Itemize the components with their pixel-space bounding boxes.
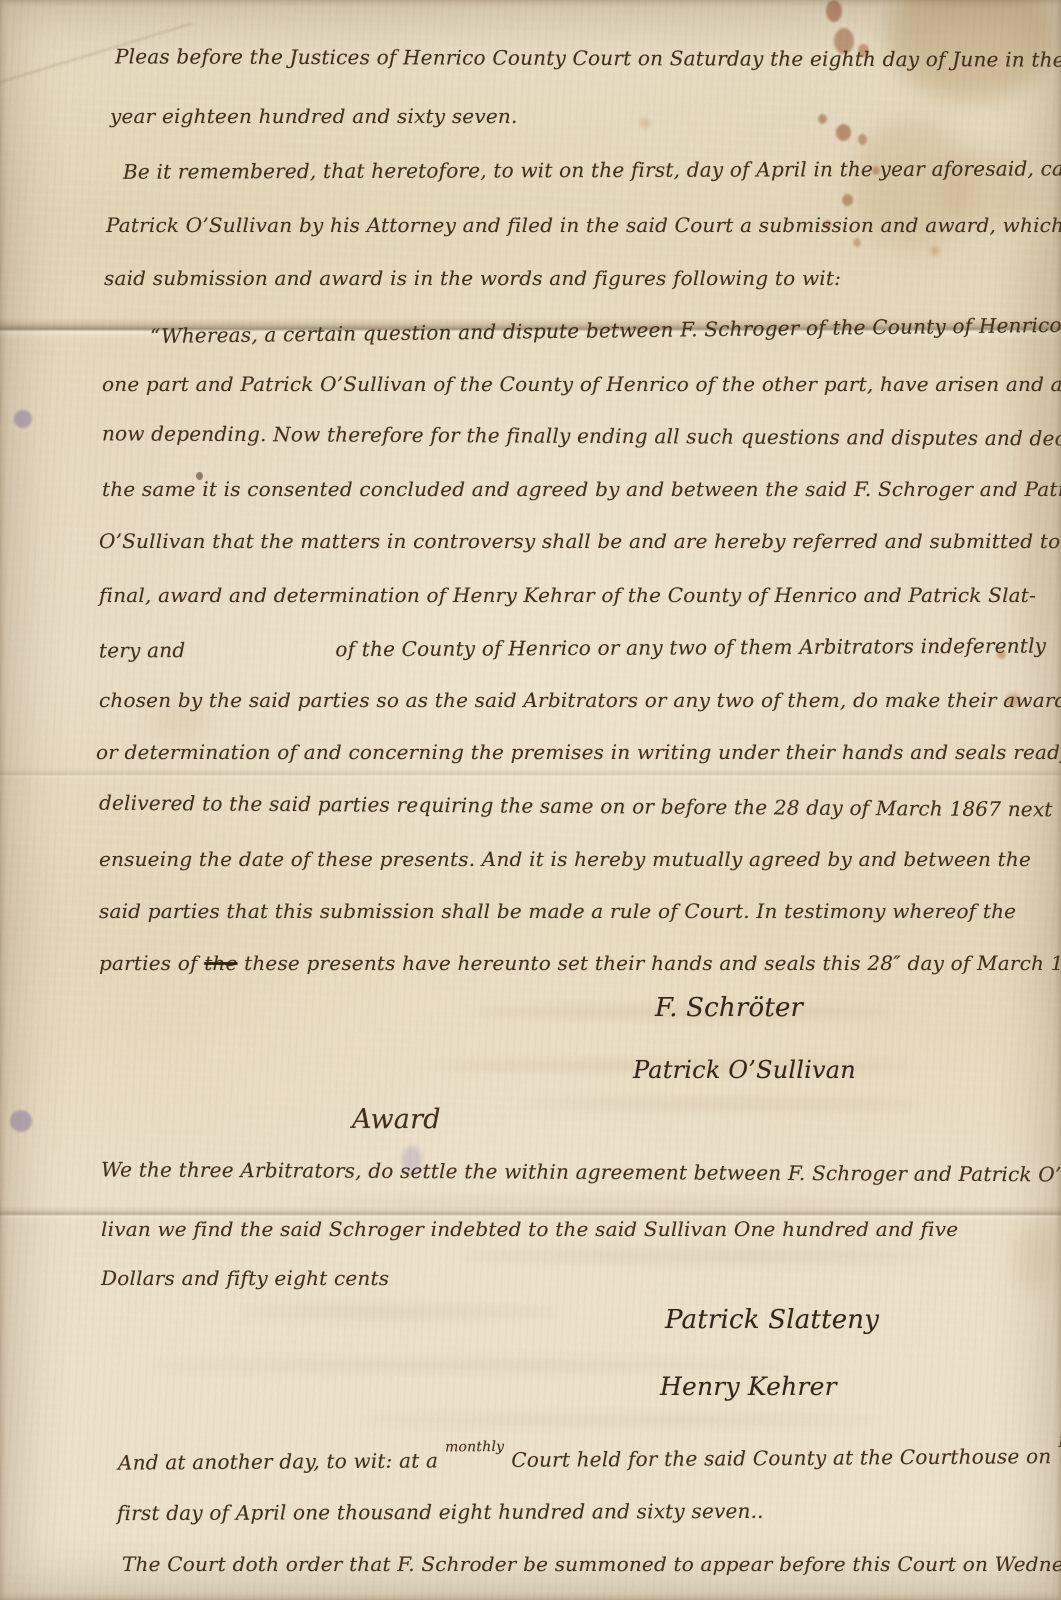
text-segment: said submission and award is in the word… [104,266,841,290]
document-line-10: O’Sullivan that the matters in controver… [99,529,1061,553]
text-segment: or determination of and concerning the p… [96,740,1061,764]
bleed-through [460,1250,940,1262]
document-line-2: year eighteen hundred and sixty seven. [110,104,518,128]
text-segment: year eighteen hundred and sixty seven. [110,104,518,128]
text-segment: these presents have hereunto set their h… [238,951,1061,975]
document-line-4: Patrick O’Sullivan by his Attorney and f… [106,213,1061,237]
text-segment: tery and [99,638,185,662]
text-segment: chosen by the said parties so as the sai… [99,688,1061,712]
text-segment: Dollars and fifty eight cents [101,1266,389,1290]
struck-word: the [204,951,237,975]
award-heading: Award [352,1104,441,1135]
text-segment: of the County of Henrico or any two of t… [335,634,1046,662]
stain-speck [853,238,861,247]
text-segment: Patrick O’Sullivan by his Attorney and f… [106,213,1061,237]
text-segment: ensueing the date of these presents. And… [99,847,1031,871]
document-line-24: Dollars and fifty eight cents [101,1266,389,1290]
document-line-27: And at another day, to wit: at amonthlyC… [118,1443,1061,1474]
text-segment: The Court doth order that F. Schroder be… [122,1552,1061,1576]
text-segment: “Whereas, a certain question and dispute… [150,312,1061,348]
text-segment: Be it remembered, that heretofore, to wi… [123,156,1061,183]
document-line-14: or determination of and concerning the p… [96,740,1061,764]
bleed-through [240,1306,560,1318]
document-line-28: first day of April one thousand eight hu… [117,1499,764,1525]
text-segment: And at another day, to wit: at a [118,1448,438,1474]
document-line-11: final, award and determination of Henry … [99,583,1036,607]
text-segment: We the three Arbitrators, do settle the … [101,1157,1061,1186]
stain-speck [930,246,940,256]
document-line-9: the same it is consented concluded and a… [102,477,1061,501]
ink-dot-purple [14,410,32,428]
text-segment: delivered to the said parties requiring … [99,791,1053,822]
signature-henry-kehrer: Henry Kehrer [660,1372,837,1401]
document-line-22: We the three Arbitrators, do settle the … [101,1157,1061,1186]
document-line-17: said parties that this submission shall … [99,899,1016,923]
stain-speck [836,124,851,141]
document-line-7: one part and Patrick O’Sullivan of the C… [102,372,1061,396]
text-segment: the same it is consented concluded and a… [102,477,1061,501]
text-segment: Patrick O’Sullivan [633,1056,856,1084]
text-segment: one part and Patrick O’Sullivan of the C… [102,372,1061,396]
document-line-23: livan we find the said Schroger indebted… [101,1217,958,1241]
document-line-6: “Whereas, a certain question and dispute… [150,312,1061,348]
stain-speck [826,0,842,22]
document-line-29: The Court doth order that F. Schroder be… [122,1552,1061,1576]
signature-patrick-osullivan: Patrick O’Sullivan [633,1056,856,1084]
text-segment: parties of [99,951,204,975]
text-segment: first day of April one thousand eight hu… [117,1499,764,1525]
ink-dot-purple [10,1110,32,1132]
blank-space [185,656,335,657]
text-segment: Pleas before the Justices of Henrico Cou… [115,44,1061,71]
signature-patrick-slatteny: Patrick Slatteny [665,1305,879,1335]
document-line-18: parties of the these presents have hereu… [99,951,1061,975]
bleed-through [300,1196,920,1208]
document-line-3: Be it remembered, that heretofore, to wi… [123,156,1061,183]
stain-speck [640,118,650,128]
stain-speck [818,114,827,124]
document-line-16: ensueing the date of these presents. And… [99,847,1031,871]
document-line-8: now depending. Now therefore for the fin… [102,421,1061,450]
stain-speck [858,134,867,145]
text-segment: said parties that this submission shall … [99,899,1016,923]
bleed-through [520,1098,920,1110]
document-line-13: chosen by the said parties so as the sai… [99,688,1061,712]
text-segment: F. Schröter [655,993,803,1023]
signature-f-schroter: F. Schröter [655,993,803,1023]
text-segment: now depending. Now therefore for the fin… [102,421,1061,450]
text-segment: final, award and determination of Henry … [99,583,1036,607]
text-segment: Henry Kehrer [660,1372,837,1401]
text-segment: Court held for the said County at the Co… [511,1444,1051,1472]
fold-crease [0,768,1061,780]
stain-blotch [1014,1230,1054,1290]
document-line-1: Pleas before the Justices of Henrico Cou… [115,44,1061,71]
text-segment: Award [352,1104,441,1135]
bleed-through [150,1360,790,1372]
document-line-12: tery andof the County of Henrico or any … [99,634,1046,663]
inserted-word: monthly [445,1439,504,1455]
document-line-5: said submission and award is in the word… [104,266,841,290]
scanned-document-page: Pleas before the Justices of Henrico Cou… [0,0,1061,1600]
text-segment: livan we find the said Schroger indebted… [101,1217,958,1241]
document-line-15: delivered to the said parties requiring … [99,791,1053,822]
text-segment: Patrick Slatteny [665,1305,879,1335]
bleed-through [360,1414,880,1426]
stain-speck [842,194,853,206]
text-segment: O’Sullivan that the matters in controver… [99,529,1061,553]
